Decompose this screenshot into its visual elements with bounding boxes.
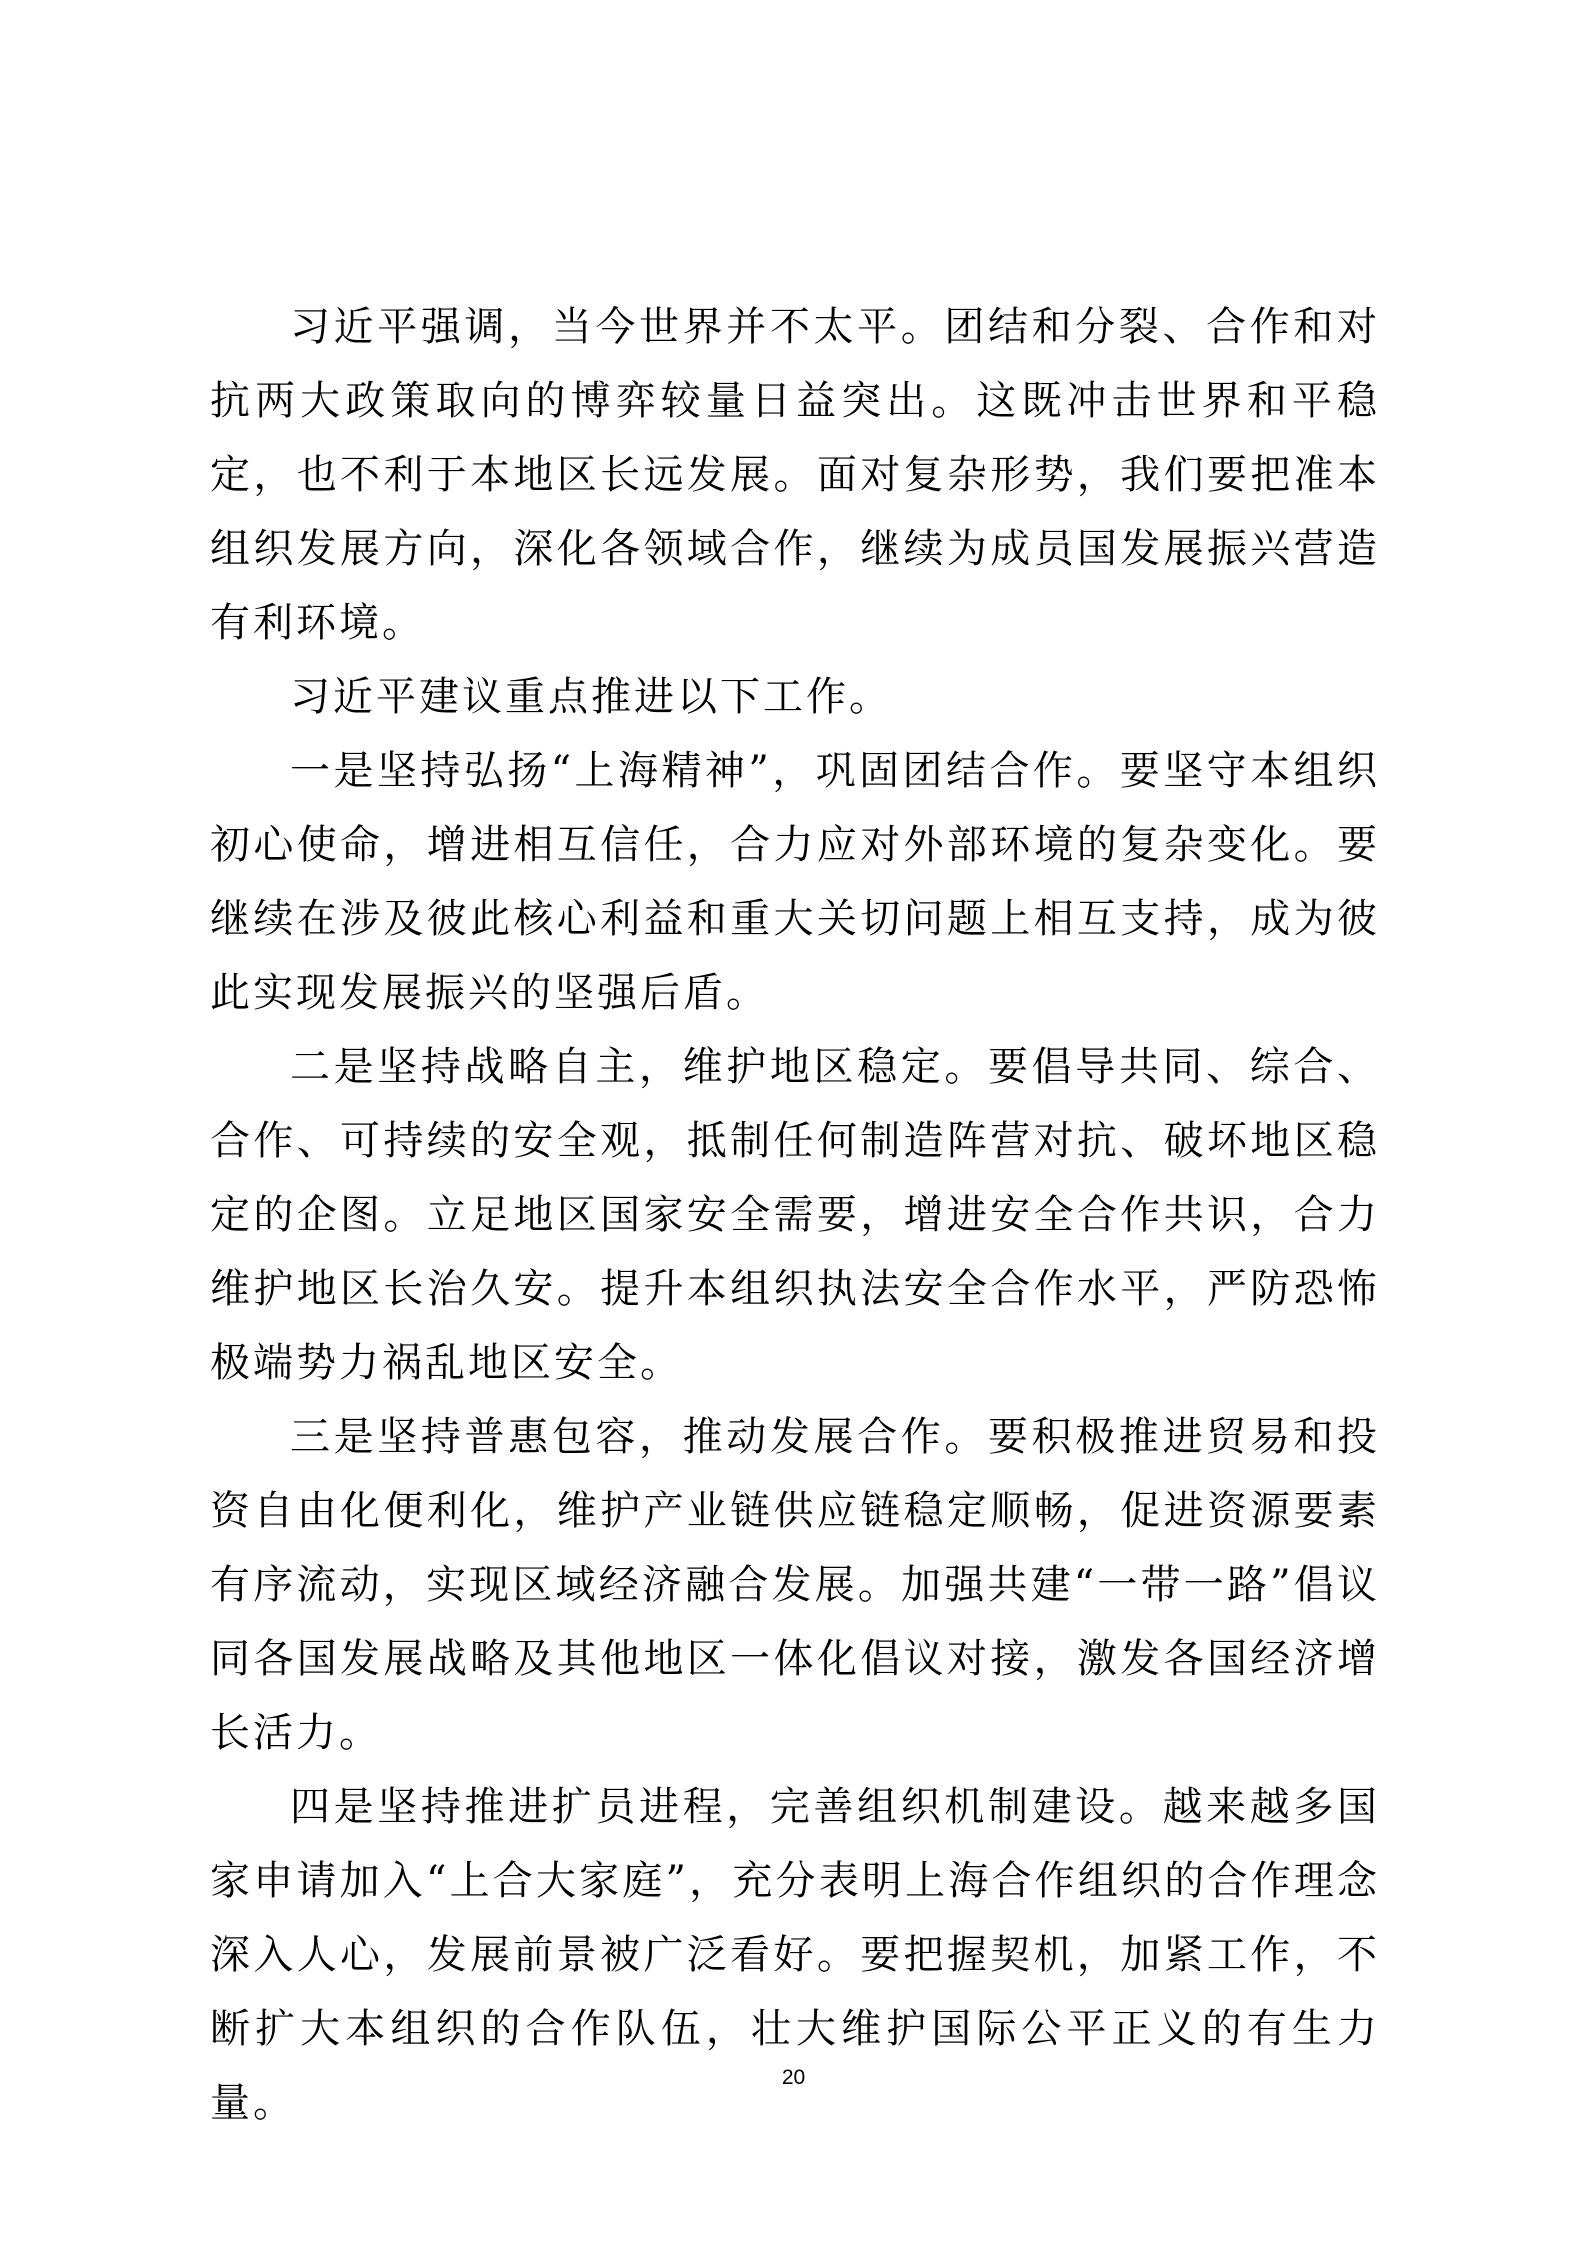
paragraph-proposal: 习近平建议重点推进以下工作。 <box>210 660 1380 734</box>
page-number: 20 <box>0 2066 1587 2090</box>
paragraph-point-two: 二是坚持战略自主，维护地区稳定。要倡导共同、综合、合作、可持续的安全观，抵制任何… <box>210 1030 1380 1400</box>
paragraph-point-one: 一是坚持弘扬“上海精神”，巩固团结合作。要坚守本组织初心使命，增进相互信任，合力… <box>210 734 1380 1030</box>
document-body: 习近平强调，当今世界并不太平。团结和分裂、合作和对抗两大政策取向的博弈较量日益突… <box>210 290 1380 2140</box>
paragraph-point-three: 三是坚持普惠包容，推动发展合作。要积极推进贸易和投资自由化便利化，维护产业链供应… <box>210 1400 1380 1770</box>
paragraph-intro: 习近平强调，当今世界并不太平。团结和分裂、合作和对抗两大政策取向的博弈较量日益突… <box>210 290 1380 660</box>
